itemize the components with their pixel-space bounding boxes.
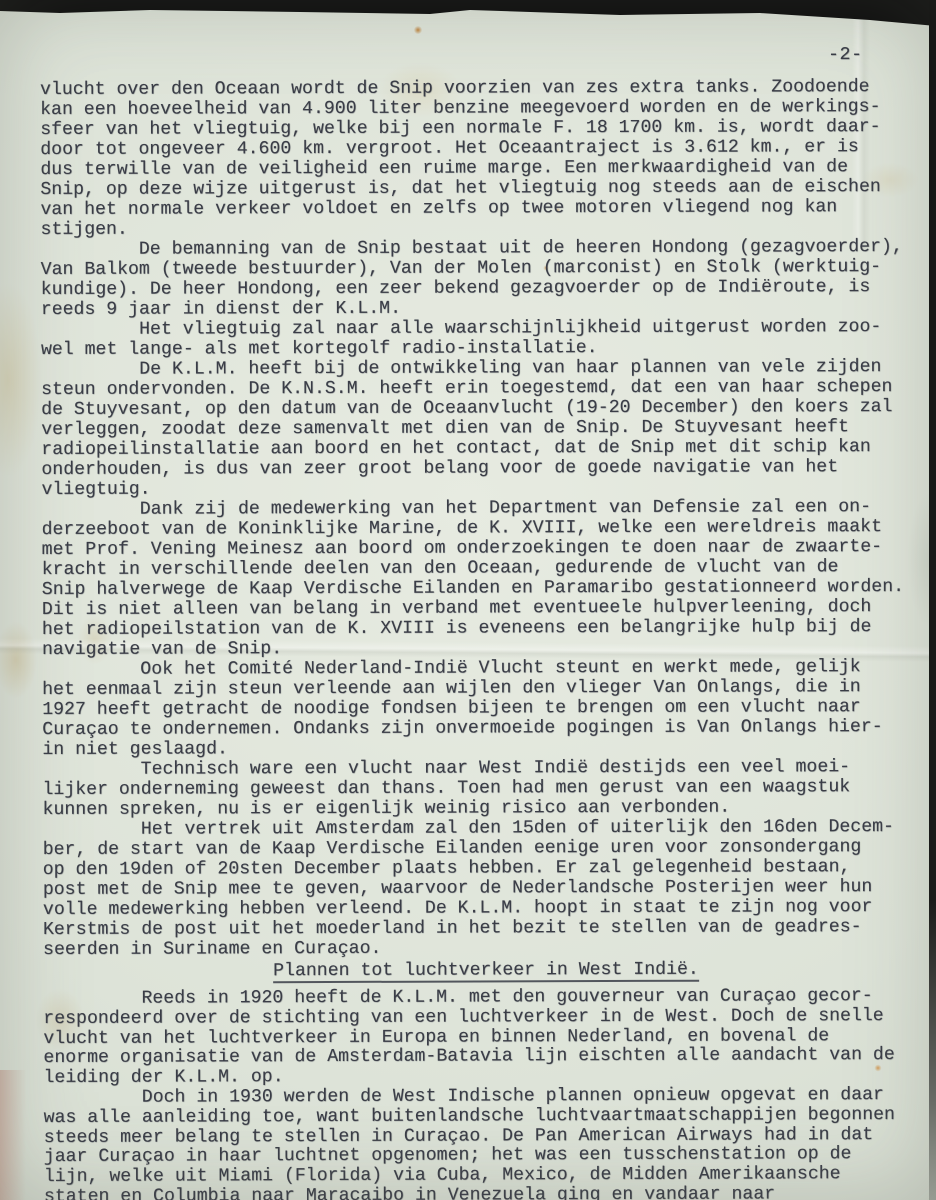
body-text-upper: vlucht over den Oceaan wordt de Snip voo… — [40, 77, 936, 960]
page-number: -2- — [828, 44, 863, 65]
document-photo: -2- vlucht over den Oceaan wordt de Snip… — [0, 0, 936, 1200]
section-heading-row: Plannen tot luchtverkeer in West Indië. — [43, 959, 936, 984]
text-line: het radiopeilstation van de K. XVIII is … — [42, 617, 936, 640]
text-line: Het vliegtuig zal naar alle waarschijnli… — [41, 317, 936, 340]
text-line: lijker onderneming geweest dan thans. To… — [42, 777, 936, 800]
photo-top-edge — [0, 0, 936, 26]
text-line: van het normale verkeer voldoet en zelfs… — [40, 197, 936, 220]
text-line: staten en Columbia naar Maracaibo in Ven… — [44, 1185, 936, 1200]
text-line: Curaçao te ondernemen. Ondanks zijn onve… — [42, 717, 936, 740]
text-line: Kerstmis de post uit het moederland in h… — [43, 917, 936, 940]
photo-right-edge — [929, 0, 936, 1200]
text-line: enorme organisatie van de Amsterdam-Bata… — [43, 1046, 936, 1069]
typewritten-text: vlucht over den Oceaan wordt de Snip voo… — [40, 77, 936, 1200]
body-text-lower: Reeds in 1920 heeft de K.L.M. met den go… — [43, 987, 936, 1200]
text-line: onderhouden, is dus van zeer groot belan… — [41, 457, 936, 480]
text-line: seerden in Suriname en Curaçao. — [43, 937, 936, 960]
photo-bottom-left-background-edge — [0, 1070, 26, 1200]
section-heading: Plannen tot luchtverkeer in West Indië. — [273, 960, 699, 983]
text-line: kundige). De heer Hondong, een zeer beke… — [41, 277, 936, 300]
